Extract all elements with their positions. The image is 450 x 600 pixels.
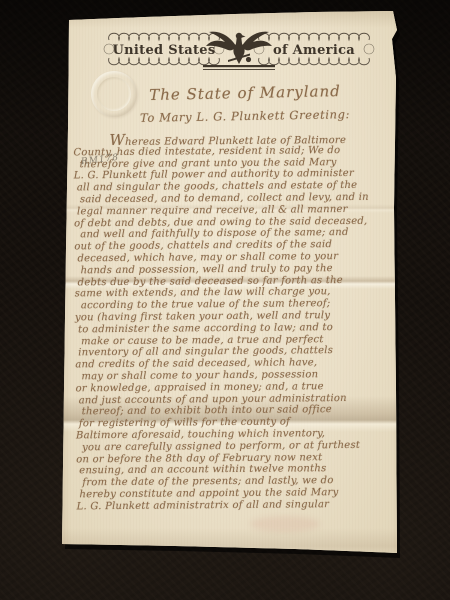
banner-rule-thick (203, 65, 275, 67)
handwritten-line: L. G. Plunkett administratrix of all and… (77, 498, 385, 512)
banner-title-right: of America (273, 43, 355, 58)
photo-of-document: United States of America (0, 0, 450, 600)
banner-title-left: United States (113, 43, 216, 58)
scrollwork-right-bottom (259, 58, 370, 65)
document-heading: The State of Maryland (110, 81, 380, 105)
document-paper: United States of America (55, 8, 405, 564)
scrollwork-right-top (259, 33, 370, 40)
eagle-icon (206, 32, 272, 64)
scroll-end-curl (364, 44, 374, 54)
ink-stain (250, 516, 320, 532)
engraved-header-banner: United States of America (103, 28, 375, 82)
banner-rule-thin (203, 69, 275, 70)
scrollwork-left-bottom (109, 58, 220, 65)
scrollwork-left-top (109, 33, 220, 40)
handwritten-body: Whereas Edward Plunkett late of Baltimor… (73, 133, 384, 513)
document-salutation: To Mary L. G. Plunkett Greeting: (110, 107, 380, 126)
